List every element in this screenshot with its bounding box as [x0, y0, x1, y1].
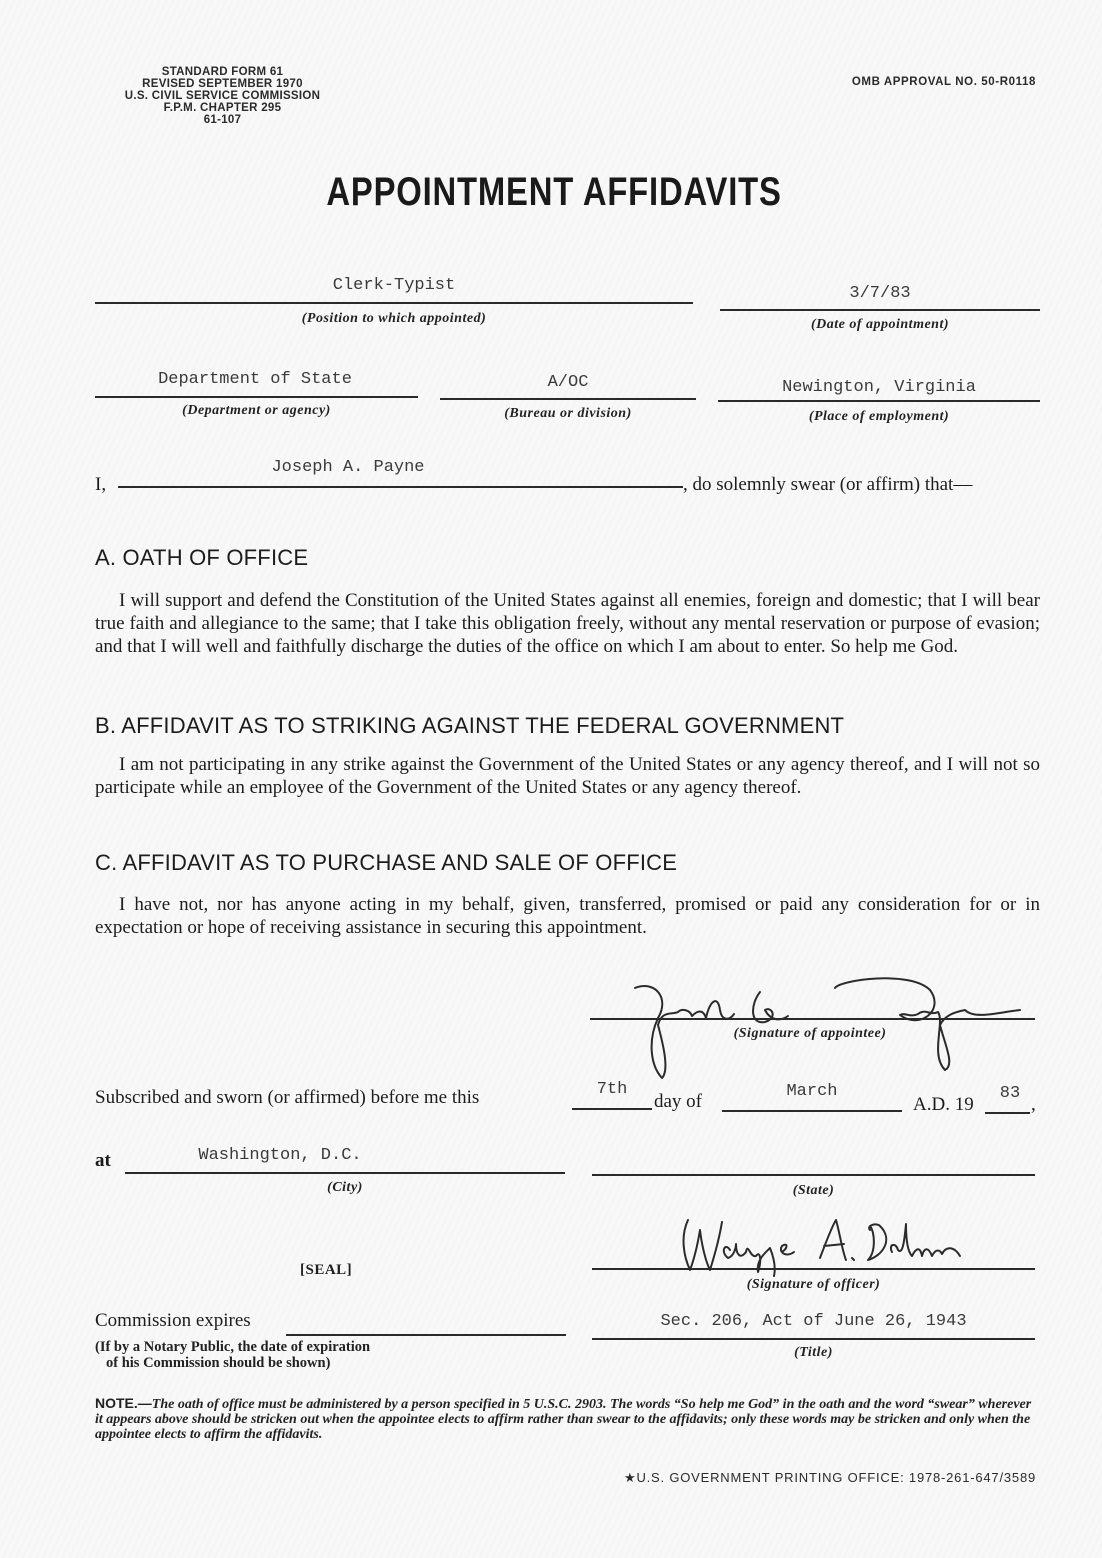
section-b-text: I am not participating in any strike aga… [95, 753, 1040, 799]
city-caption: (City) [125, 1180, 565, 1196]
day-line [572, 1108, 652, 1110]
date-caption: (Date of appointment) [720, 317, 1040, 333]
state-line [592, 1174, 1035, 1176]
sworn-month-field[interactable]: March [722, 1082, 902, 1101]
city-line [125, 1172, 565, 1174]
form-id-line: U.S. CIVIL SERVICE COMMISSION [90, 90, 355, 102]
officer-signature-line [592, 1268, 1035, 1270]
bureau-field[interactable]: A/OC [440, 373, 696, 392]
year-line [985, 1112, 1030, 1114]
section-c-heading: C. AFFIDAVIT AS TO PURCHASE AND SALE OF … [95, 850, 677, 876]
officer-signature-caption: (Signature of officer) [592, 1277, 1035, 1293]
sworn-prefix: Subscribed and sworn (or affirmed) befor… [95, 1087, 479, 1109]
form-id-line: REVISED SEPTEMBER 1970 [90, 78, 355, 90]
appointee-name-field[interactable]: Joseph A. Payne [118, 458, 578, 477]
form-id-line: 61-107 [90, 114, 355, 126]
commission-expires-label: Commission expires [95, 1310, 251, 1332]
department-field[interactable]: Department of State [95, 370, 415, 389]
footer-note: NOTE.—The oath of office must be adminis… [95, 1396, 1040, 1442]
oath-prefix: I, [95, 474, 106, 496]
section-a-heading: A. OATH OF OFFICE [95, 545, 308, 571]
section-c-text: I have not, nor has anyone acting in my … [95, 893, 1040, 939]
day-of-label: day of [654, 1091, 702, 1113]
note-label: NOTE.— [95, 1395, 152, 1411]
title-line [592, 1338, 1035, 1340]
form-id-line: F.P.M. CHAPTER 295 [90, 102, 355, 114]
sworn-end: , [1031, 1094, 1036, 1116]
position-line [95, 302, 693, 304]
section-b-heading: B. AFFIDAVIT AS TO STRIKING AGAINST THE … [95, 713, 844, 739]
date-of-appointment-field[interactable]: 3/7/83 [720, 284, 1040, 303]
position-field[interactable]: Clerk-Typist [95, 276, 693, 295]
sworn-day-field[interactable]: 7th [572, 1080, 652, 1099]
city-field[interactable]: Washington, D.C. [125, 1146, 435, 1165]
affidavit-page: STANDARD FORM 61 REVISED SEPTEMBER 1970 … [0, 0, 1102, 1558]
month-line [722, 1110, 902, 1112]
commission-line [286, 1334, 566, 1336]
department-caption: (Department or agency) [95, 403, 418, 419]
commission-note-line: of his Commission should be shown) [95, 1355, 370, 1371]
officer-title-field[interactable]: Sec. 206, Act of June 26, 1943 [592, 1312, 1035, 1331]
sworn-year-field[interactable]: 83 [985, 1084, 1035, 1103]
department-line [95, 396, 418, 398]
place-caption: (Place of employment) [718, 409, 1040, 425]
printing-office-imprint: ★U.S. GOVERNMENT PRINTING OFFICE: 1978-2… [624, 1470, 1036, 1486]
at-label: at [95, 1150, 111, 1172]
bureau-line [440, 398, 696, 400]
omb-approval-number: OMB APPROVAL NO. 50-R0118 [852, 76, 1036, 88]
page-title: APPOINTMENT AFFIDAVITS [102, 170, 1006, 215]
ad-label: A.D. 19 [913, 1094, 974, 1116]
commission-note: (If by a Notary Public, the date of expi… [95, 1339, 370, 1371]
commission-note-line: (If by a Notary Public, the date of expi… [95, 1339, 370, 1355]
title-caption: (Title) [592, 1345, 1035, 1361]
appointee-signature-caption: (Signature of appointee) [590, 1026, 1030, 1042]
place-line [718, 400, 1040, 402]
name-line [118, 486, 683, 488]
note-text: The oath of office must be administered … [95, 1397, 1031, 1442]
section-a-text: I will support and defend the Constituti… [95, 589, 1040, 658]
seal-placeholder: [SEAL] [300, 1262, 352, 1279]
date-line [720, 309, 1040, 311]
form-identifier: STANDARD FORM 61 REVISED SEPTEMBER 1970 … [90, 66, 355, 126]
bureau-caption: (Bureau or division) [440, 406, 696, 422]
state-caption: (State) [592, 1183, 1035, 1199]
oath-suffix: , do solemnly swear (or affirm) that— [683, 474, 972, 496]
place-of-employment-field[interactable]: Newington, Virginia [718, 378, 1040, 397]
form-id-line: STANDARD FORM 61 [90, 66, 355, 78]
position-caption: (Position to which appointed) [95, 311, 693, 327]
appointee-signature [600, 970, 1040, 1080]
